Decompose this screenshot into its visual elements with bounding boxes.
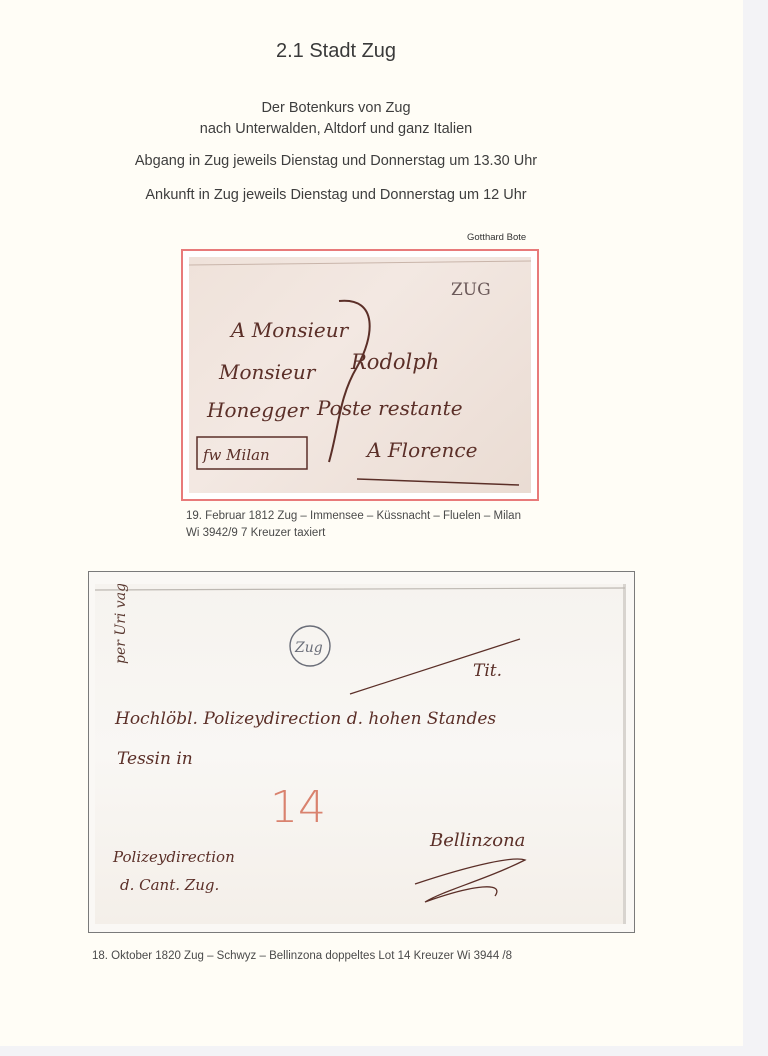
section-label: Gotthard Bote — [467, 232, 526, 243]
arrival-info: Ankunft in Zug jeweils Dienstag und Donn… — [0, 187, 672, 203]
svg-text:fw Milan: fw Milan — [202, 446, 270, 464]
svg-text:per Uri vagabund. Italia Bell.: per Uri vagabund. Italia Bell. — [113, 584, 129, 664]
letter-1812-caption: 19. Februar 1812 Zug – Immensee – Küssna… — [186, 510, 521, 522]
svg-text:Honegger: Honegger — [206, 398, 310, 422]
letter-1812-handwriting: ZUG A Monsieur Monsieur Rodolph Honegger… — [189, 257, 531, 493]
letter-1820-handwriting: per Uri vagabund. Italia Bell. Zug Tit. … — [95, 584, 625, 924]
letter-1812-image: ZUG A Monsieur Monsieur Rodolph Honegger… — [189, 257, 531, 493]
album-page: 2.1 Stadt Zug Der Botenkurs von Zug nach… — [0, 0, 743, 1046]
svg-text:14: 14 — [270, 782, 326, 833]
svg-text:Poste restante: Poste restante — [316, 396, 463, 420]
letter-1820-image: per Uri vagabund. Italia Bell. Zug Tit. … — [95, 584, 626, 924]
svg-text:Polizeydirection: Polizeydirection — [112, 848, 235, 866]
departure-info: Abgang in Zug jeweils Dienstag und Donne… — [0, 153, 672, 169]
svg-text:Zug: Zug — [294, 640, 323, 656]
svg-text:ZUG: ZUG — [451, 280, 491, 300]
intro-line-2: nach Unterwalden, Altdorf und ganz Itali… — [0, 121, 672, 137]
svg-text:Tessin in: Tessin in — [117, 749, 193, 769]
svg-text:Bellinzona: Bellinzona — [429, 830, 525, 851]
svg-text:Tit.: Tit. — [473, 661, 502, 681]
letter-1812-frame: ZUG A Monsieur Monsieur Rodolph Honegger… — [181, 249, 539, 501]
svg-text:Monsieur: Monsieur — [218, 360, 317, 384]
svg-text:Hochlöbl. Polizeydirection d.: Hochlöbl. Polizeydirection d. hohen Stan… — [114, 709, 496, 729]
page-title: 2.1 Stadt Zug — [0, 40, 672, 63]
letter-1812-caption-detail: Wi 3942/9 7 Kreuzer taxiert — [186, 527, 325, 539]
svg-text:d. Cant. Zug.: d. Cant. Zug. — [120, 876, 219, 894]
letter-1820-caption: 18. Oktober 1820 Zug – Schwyz – Bellinzo… — [92, 950, 512, 962]
svg-text:A Monsieur: A Monsieur — [229, 318, 350, 342]
letter-1820-frame: per Uri vagabund. Italia Bell. Zug Tit. … — [88, 571, 635, 933]
intro-line-1: Der Botenkurs von Zug — [0, 100, 672, 116]
svg-text:A Florence: A Florence — [365, 438, 477, 462]
